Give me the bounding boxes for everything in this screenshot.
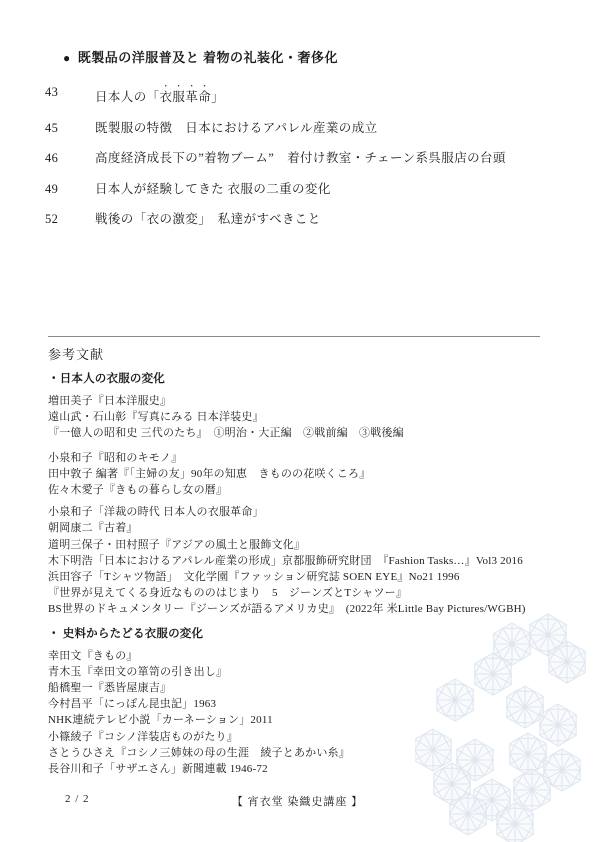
toc-row: 43 日本人の「衣服革命」: [45, 84, 506, 106]
bibliography-entry: 増田美子『日本洋服史』: [48, 393, 526, 409]
bibliography-entry: 『世界が見えてくる身近なもののはじまり 5 ジーンズとTシャツー』: [48, 585, 526, 601]
toc-page-number: 43: [45, 84, 95, 106]
bibliography-entry: 浜田容子「Tシャツ物語」 文化学園『ファッション研究誌 SOEN EYE』No2…: [48, 569, 526, 585]
bibliography-entry: 遠山武・石山彰『写真にみる 日本洋装史』: [48, 409, 526, 425]
toc-page-number: 52: [45, 211, 95, 228]
toc-entry-title: 日本人の「衣服革命」: [95, 84, 224, 106]
emphasized-text: 衣服革命: [160, 90, 212, 104]
bibliography-entry: 青木玉『幸田文の箪笥の引き出し』: [48, 664, 526, 680]
bibliography-entry: 『一億人の昭和史 三代のたち』 ①明治・大正編 ②戦前編 ③戦後編: [48, 425, 526, 441]
toc-entry-title: 戦後の「衣の激変」 私達がすべきこと: [95, 211, 321, 228]
bibliography-entry: 幸田文『きもの』: [48, 648, 526, 664]
footer-label: 【 宵衣堂 染織史講座 】: [0, 793, 595, 809]
bibliography-entry: 木下明浩「日本におけるアパレル産業の形成」京都服飾研究財団 『Fashion T…: [48, 553, 526, 569]
bullet-icon: ●: [63, 51, 71, 65]
horizontal-rule: [48, 336, 540, 337]
toc-entry-title: 高度経済成長下の”着物ブーム” 着付け教室・チェーン系呉服店の台頭: [95, 150, 506, 167]
toc-page-number: 49: [45, 181, 95, 198]
bibliography: ・日本人の衣服の変化 増田美子『日本洋服史』 遠山武・石山彰『写真にみる 日本洋…: [48, 372, 526, 777]
bibliography-group: 小泉和子「洋裁の時代 日本人の衣服革命」 朝岡康二『古着』 道明三保子・田村照子…: [48, 504, 526, 617]
toc-row: 46 高度経済成長下の”着物ブーム” 着付け教室・チェーン系呉服店の台頭: [45, 150, 506, 167]
toc-page-number: 45: [45, 120, 95, 137]
bibliography-entry: 朝岡康二『古着』: [48, 520, 526, 536]
bibliography-group: 増田美子『日本洋服史』 遠山武・石山彰『写真にみる 日本洋装史』 『一億人の昭和…: [48, 393, 526, 442]
toc-page-number: 46: [45, 150, 95, 167]
toc-entry-title: 日本人が経験してきた 衣服の二重の変化: [95, 181, 331, 198]
bibliography-entry: 小篠綾子『コシノ洋装店ものがたり』: [48, 729, 526, 745]
bibliography-entry: 小泉和子『昭和のキモノ』: [48, 450, 526, 466]
bibliography-group: 小泉和子『昭和のキモノ』 田中敦子 編著『「主婦の友」90年の知恵 きものの花咲…: [48, 450, 526, 499]
toc-row: 45 既製服の特徴 日本におけるアパレル産業の成立: [45, 120, 506, 137]
bibliography-entry: 船橋聖一『悉皆屋康吉』: [48, 680, 526, 696]
bibliography-group: 幸田文『きもの』 青木玉『幸田文の箪笥の引き出し』 船橋聖一『悉皆屋康吉』 今村…: [48, 648, 526, 778]
references-title: 参考文献: [48, 344, 104, 363]
document-page: ●既製品の洋服普及と 着物の礼装化・奢侈化 43 日本人の「衣服革命」 45 既…: [0, 0, 595, 842]
bibliography-subheading: ・日本人の衣服の変化: [48, 372, 526, 387]
toc-row: 49 日本人が経験してきた 衣服の二重の変化: [45, 181, 506, 198]
bibliography-entry: NHK連続テレビ小説「カーネーション」2011: [48, 712, 526, 728]
bibliography-entry: BS世界のドキュメンタリー『ジーンズが語るアメリカ史』 (2022年 米Litt…: [48, 601, 526, 617]
bibliography-entry: 今村昌平「にっぽん昆虫記」1963: [48, 696, 526, 712]
bibliography-entry: さとうひさえ『コシノ三姉妹の母の生涯 綾子とあかい糸』: [48, 745, 526, 761]
toc-row: 52 戦後の「衣の激変」 私達がすべきこと: [45, 211, 506, 228]
bibliography-entry: 小泉和子「洋裁の時代 日本人の衣服革命」: [48, 504, 526, 520]
bibliography-entry: 道明三保子・田村照子『アジアの風土と服飾文化』: [48, 537, 526, 553]
bibliography-entry: 長谷川和子「サザエさん」新聞連載 1946-72: [48, 761, 526, 777]
bibliography-entry: 佐々木愛子『きもの暮らし女の暦』: [48, 482, 526, 498]
toc-entry-title: 既製服の特徴 日本におけるアパレル産業の成立: [95, 120, 378, 137]
bibliography-entry: 田中敦子 編著『「主婦の友」90年の知恵 きものの花咲くころ』: [48, 466, 526, 482]
bibliography-subheading: ・ 史料からたどる衣服の変化: [48, 627, 526, 642]
section-heading: ●既製品の洋服普及と 着物の礼装化・奢侈化: [63, 47, 338, 66]
table-of-contents: 43 日本人の「衣服革命」 45 既製服の特徴 日本におけるアパレル産業の成立 …: [45, 84, 506, 242]
section-heading-text: 既製品の洋服普及と 着物の礼装化・奢侈化: [78, 50, 338, 65]
